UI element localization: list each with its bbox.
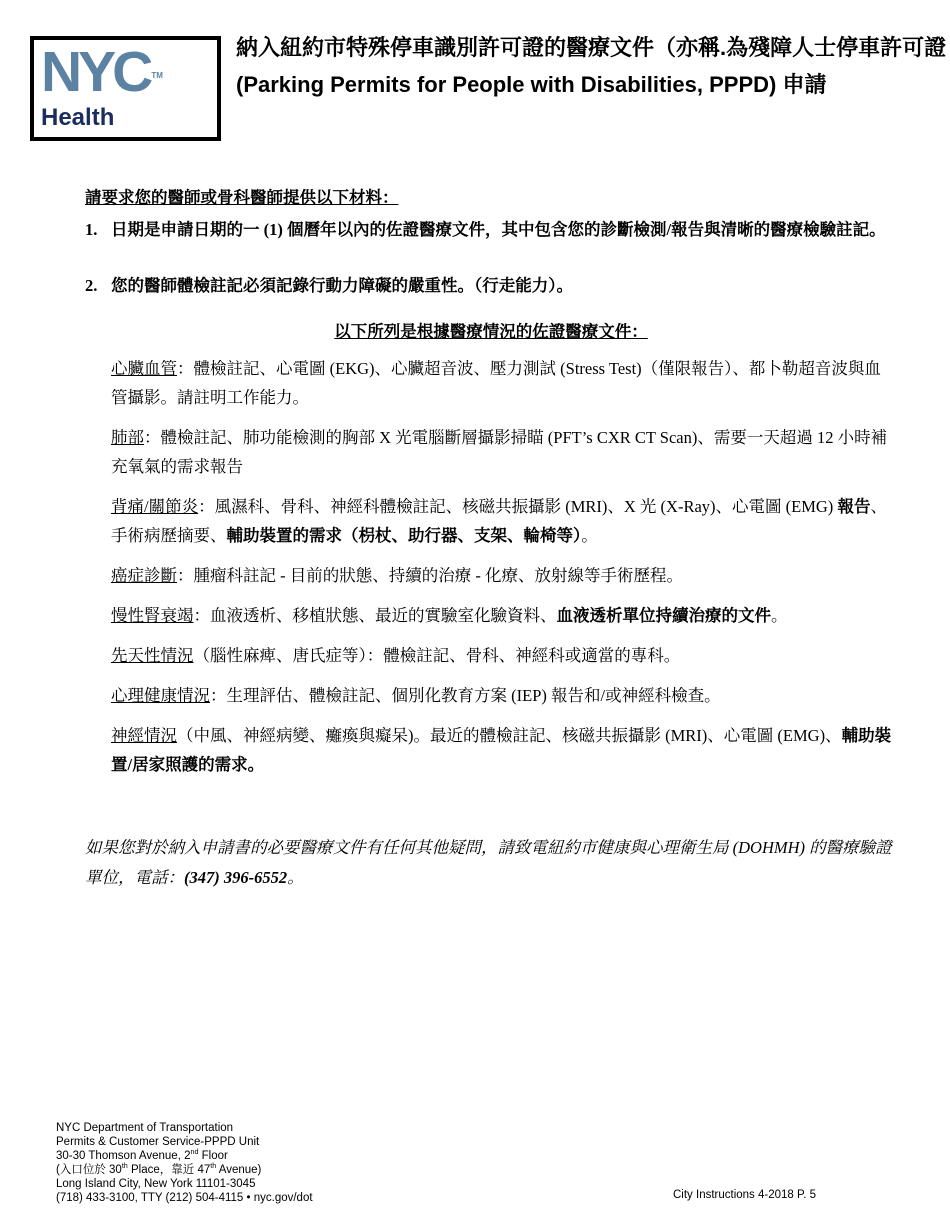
text-segment: (入口位於 30 [56, 1164, 122, 1176]
document-title: 納入紐約市特殊停車識別許可證的醫療文件（亦稱.為殘障人士停車許可證 (Parki… [236, 29, 950, 103]
footer-line: NYC Department of Transportation [56, 1121, 313, 1135]
requirement-number: 1. [85, 215, 111, 244]
condition-paragraph: 慢性腎衰竭：血液透析、移植狀態、最近的實驗室化驗資料、血液透析單位持續治療的文件… [111, 601, 897, 630]
text-segment: ：腫瘤科註記 - 目前的狀態、持續的治療 - 化療、放射線等手術歷程。 [177, 566, 683, 585]
condition-paragraph: 肺部：體檢註記、肺功能檢測的胸部 X 光電腦斷層攝影掃瞄 (PFT’s CXR … [111, 423, 897, 481]
main-content: 請要求您的醫師或骨科醫師提供以下材料： 1.日期是申請日期的一 (1) 個曆年以… [85, 183, 897, 790]
requirement-item: 1.日期是申請日期的一 (1) 個曆年以內的佐證醫療文件，其中包含您的診斷檢測/… [85, 215, 897, 244]
text-segment: 輔助裝置的需求（枴杖、助行器、支架、輪椅等） [227, 526, 582, 545]
text-segment: 背痛/關節炎 [111, 497, 198, 516]
condition-paragraph: 神經情況（中風、神經病變、癱瘓與癡呆)。最近的體檢註記、核磁共振攝影 (MRI)… [111, 721, 897, 779]
text-segment: 癌症診斷 [111, 566, 177, 585]
requirement-text: 日期是申請日期的一 (1) 個曆年以內的佐證醫療文件，其中包含您的診斷檢測/報告… [111, 215, 897, 244]
text-segment: （中風、神經病變、癱瘓與癡呆)。最近的體檢註記、核磁共振攝影 (MRI)、心電圖… [177, 726, 842, 745]
text-segment: 心臟血管 [111, 359, 177, 378]
requirement-number: 2. [85, 271, 111, 300]
text-segment: ：風濕科、骨科、神經科體檢註記、核磁共振攝影 (MRI)、X 光 (X-Ray)… [198, 497, 837, 516]
trademark-symbol: TM [151, 71, 163, 80]
conditions-heading: 以下所列是根據醫療情況的佐證醫療文件： [85, 317, 897, 346]
intro-heading: 請要求您的醫師或骨科醫師提供以下材料： [85, 183, 897, 212]
condition-paragraph: 先天性情況（腦性麻痺、唐氏症等）：體檢註記、骨科、神經科或適當的專科。 [111, 641, 897, 670]
text-segment: (718) 433-3100, TTY (212) 504-4115 • nyc… [56, 1192, 313, 1204]
footer-line: (入口位於 30th Place，靠近 47th Avenue) [56, 1163, 313, 1177]
logo-health-text: Health [41, 105, 212, 131]
text-segment: Place，靠近 47 [128, 1164, 210, 1176]
document-page: NYCTM Health 納入紐約市特殊停車識別許可證的醫療文件（亦稱.為殘障人… [0, 0, 950, 1230]
contact-note: 如果您對於納入申請書的必要醫療文件有任何其他疑問，請致電紐約市健康與心理衛生局 … [85, 833, 905, 893]
text-segment: ：生理評估、體檢註記、個別化教育方案 (IEP) 報告和/或神經科檢查。 [210, 686, 721, 705]
text-segment: 神經情況 [111, 726, 177, 745]
text-segment: 30-30 Thomson Avenue, 2 [56, 1150, 190, 1162]
text-segment: Avenue) [216, 1164, 261, 1176]
text-segment: Floor [198, 1150, 227, 1162]
text-segment: ：體檢註記、肺功能檢測的胸部 X 光電腦斷層攝影掃瞄 (PFT’s CXR CT… [111, 428, 887, 476]
condition-paragraph: 心理健康情況：生理評估、體檢註記、個別化教育方案 (IEP) 報告和/或神經科檢… [111, 681, 897, 710]
requirement-item: 2.您的醫師體檢註記必須記錄行動力障礙的嚴重性。（行走能力）。 [85, 271, 897, 300]
condition-paragraph: 背痛/關節炎：風濕科、骨科、神經科體檢註記、核磁共振攝影 (MRI)、X 光 (… [111, 492, 897, 550]
condition-sections: 心臟血管：體檢註記、心電圖 (EKG)、心臟超音波、壓力測試 (Stress T… [111, 354, 897, 779]
footer-line: (718) 433-3100, TTY (212) 504-4115 • nyc… [56, 1191, 313, 1205]
nyc-health-logo: NYCTM Health [30, 36, 221, 141]
footer-line: Long Island City, New York 11101-3045 [56, 1177, 313, 1191]
text-segment: 。 [771, 606, 788, 625]
page-reference: City Instructions 4-2018 P. 5 [673, 1189, 816, 1201]
condition-paragraph: 癌症診斷：腫瘤科註記 - 目前的狀態、持續的治療 - 化療、放射線等手術歷程。 [111, 561, 897, 590]
footer-address-block: NYC Department of TransportationPermits … [56, 1121, 313, 1205]
text-segment: （腦性麻痺、唐氏症等）：體檢註記、骨科、神經科或適當的專科。 [194, 646, 681, 665]
text-segment: ：血液透析、移植狀態、最近的實驗室化驗資料、 [194, 606, 557, 625]
text-segment: Permits & Customer Service-PPPD Unit [56, 1136, 259, 1148]
nyc-logo-text: NYCTM [41, 41, 212, 103]
footer-line: Permits & Customer Service-PPPD Unit [56, 1135, 313, 1149]
text-segment: (347) 396-6552 [184, 868, 287, 887]
footer-line: 30-30 Thomson Avenue, 2nd Floor [56, 1149, 313, 1163]
requirements-list: 1.日期是申請日期的一 (1) 個曆年以內的佐證醫療文件，其中包含您的診斷檢測/… [85, 215, 897, 300]
text-segment: 肺部 [111, 428, 144, 447]
text-segment: 報告 [837, 497, 870, 516]
text-segment: 慢性腎衰竭 [111, 606, 194, 625]
requirement-text: 您的醫師體檢註記必須記錄行動力障礙的嚴重性。（行走能力）。 [111, 271, 897, 300]
nyc-logo-letters: NYC [41, 40, 149, 104]
footer-lines: NYC Department of TransportationPermits … [56, 1121, 313, 1205]
text-segment: 心理健康情況 [111, 686, 210, 705]
text-segment: NYC Department of Transportation [56, 1122, 233, 1134]
text-segment: 。 [287, 868, 304, 887]
text-segment: Long Island City, New York 11101-3045 [56, 1178, 255, 1190]
text-segment: 血液透析單位持續治療的文件 [557, 606, 772, 625]
condition-paragraph: 心臟血管：體檢註記、心電圖 (EKG)、心臟超音波、壓力測試 (Stress T… [111, 354, 897, 412]
text-segment: ：體檢註記、心電圖 (EKG)、心臟超音波、壓力測試 (Stress Test)… [111, 359, 881, 407]
text-segment: 先天性情況 [111, 646, 194, 665]
text-segment: 。 [581, 526, 598, 545]
